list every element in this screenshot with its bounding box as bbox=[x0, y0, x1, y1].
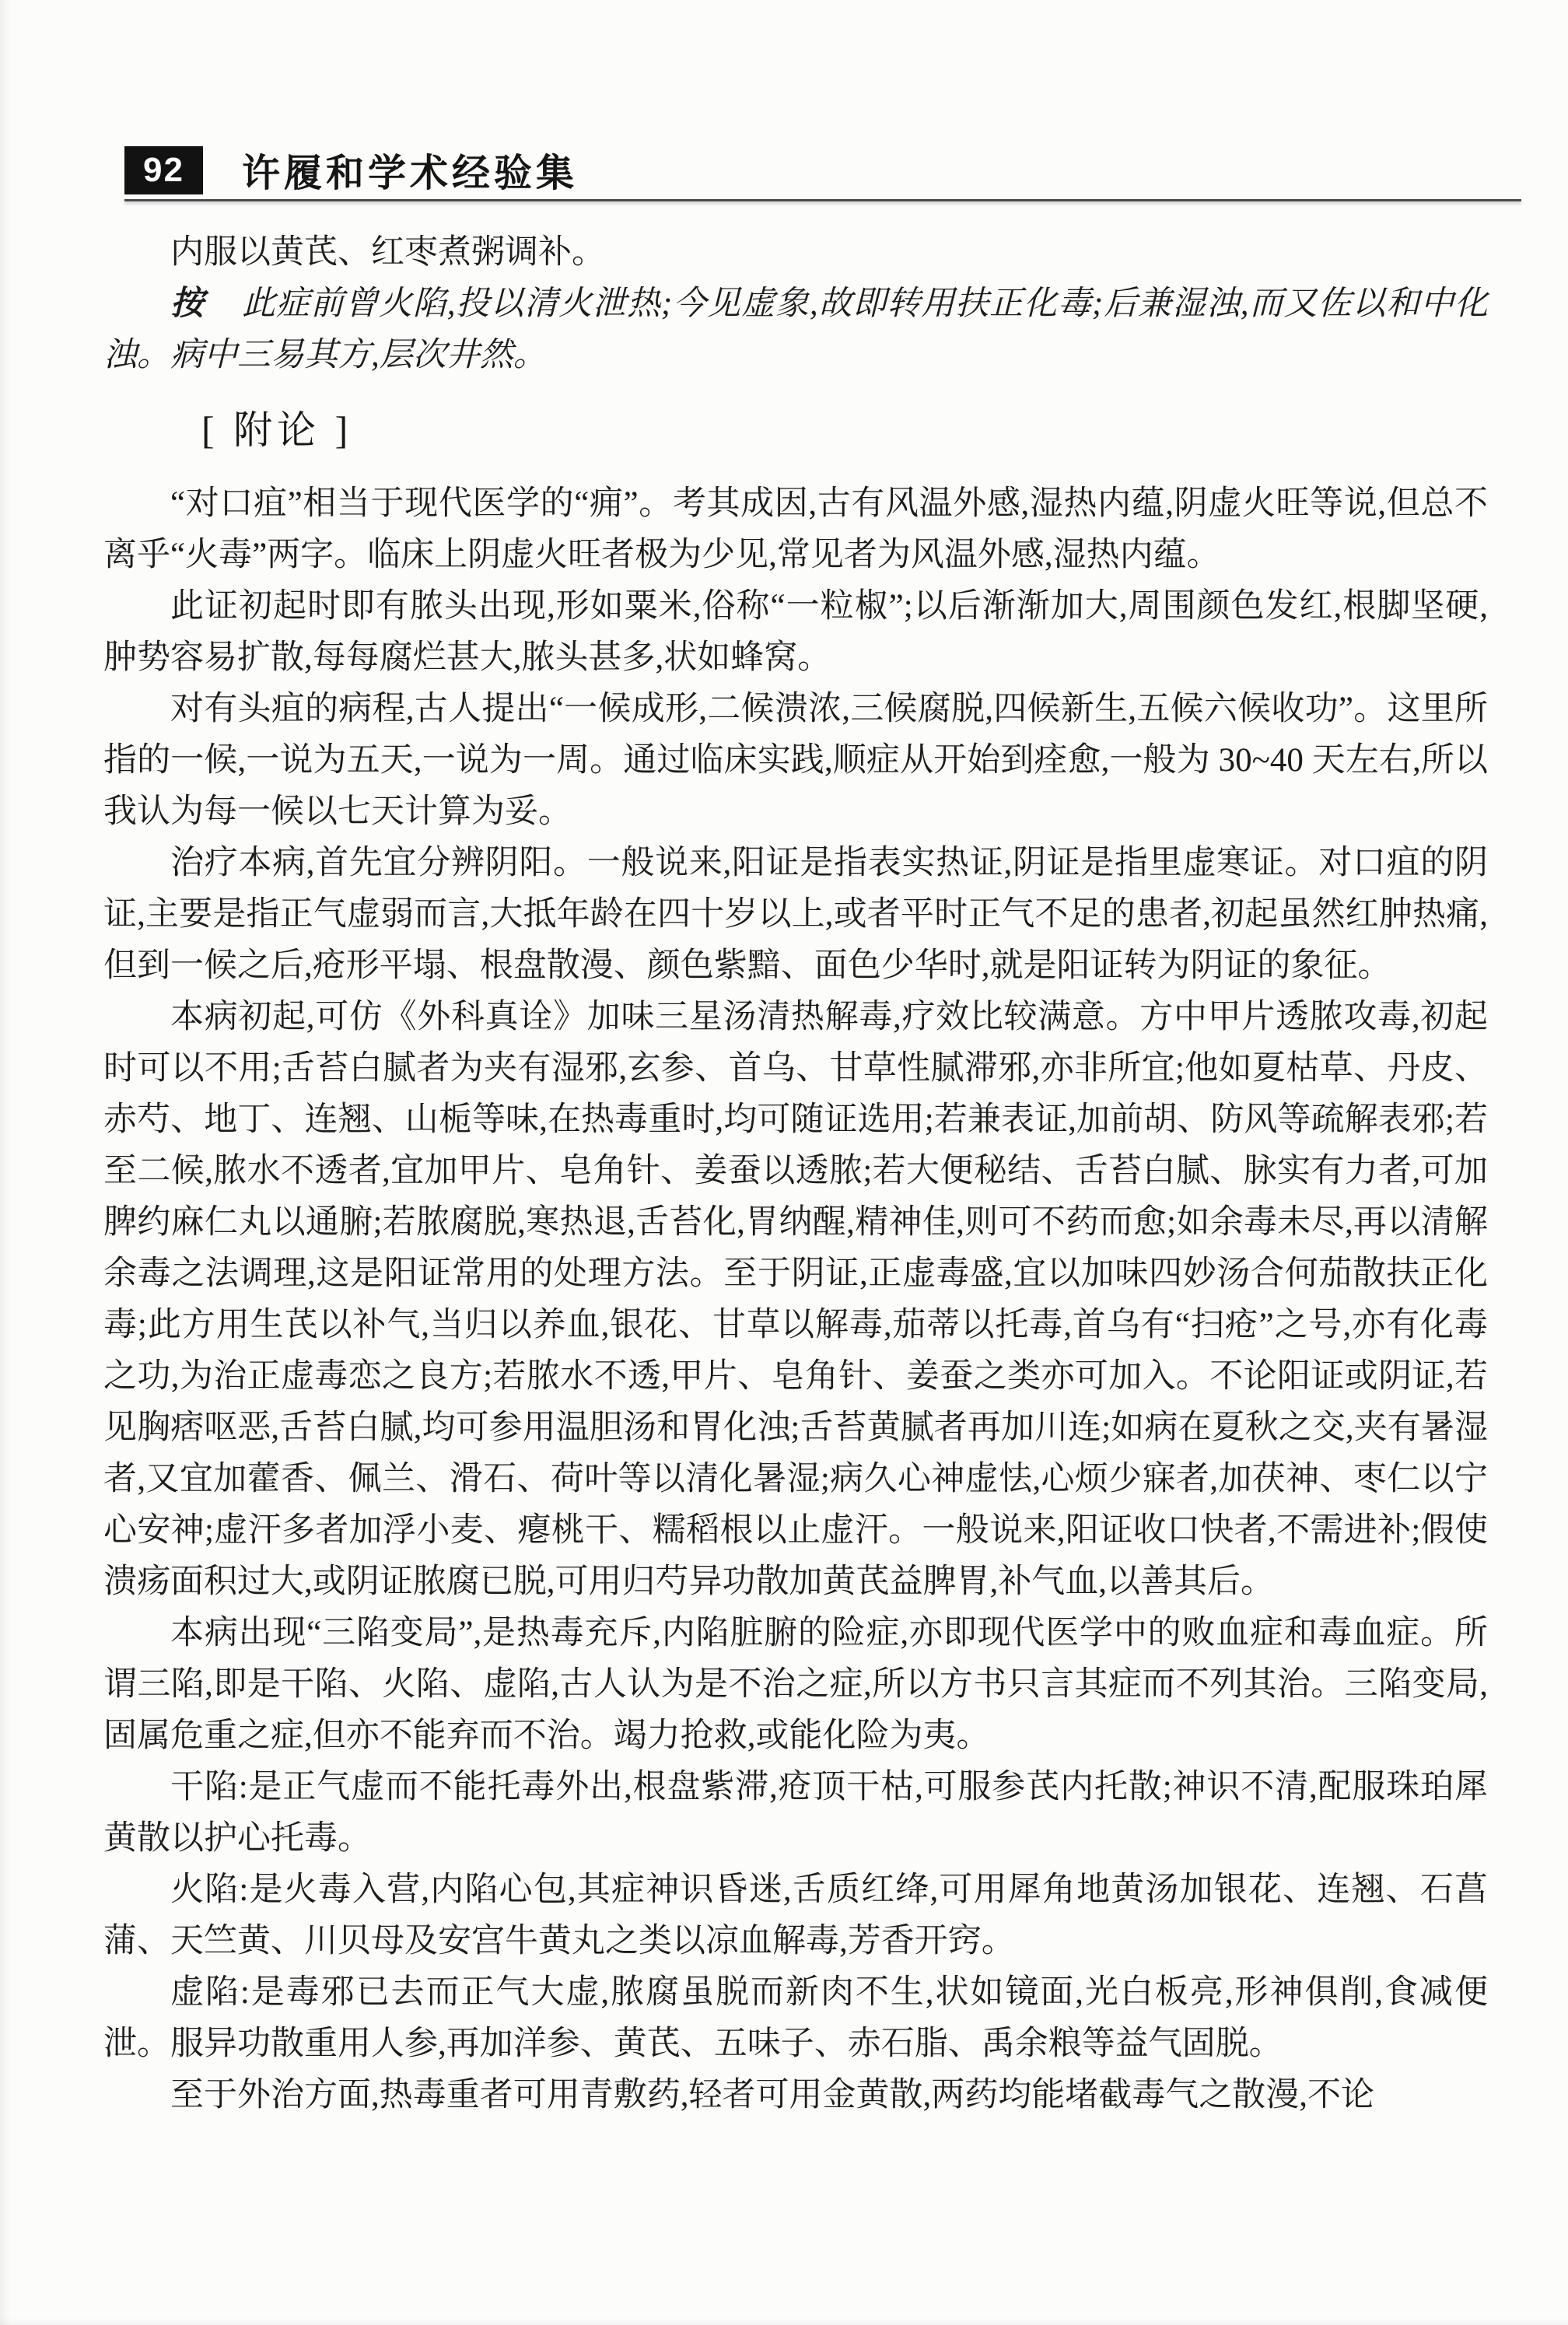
body-paragraph: 本病出现“三陷变局”,是热毒充斥,内陷脏腑的险症,亦即现代医学中的败血症和毒血症… bbox=[103, 1608, 1488, 1762]
section-heading: [ 附论 ] bbox=[103, 404, 1488, 457]
book-title: 许履和学术经验集 bbox=[242, 143, 578, 198]
page-body: 内服以黄芪、红枣煮粥调补。 按此症前曾火陷,投以清火泄热;今见虚象,故即转用扶正… bbox=[103, 227, 1488, 2121]
page-number-badge: 92 bbox=[124, 146, 203, 194]
body-paragraph: 此证初起时即有脓头出现,形如粟米,俗称“一粒椒”;以后渐渐加大,周围颜色发红,根… bbox=[103, 581, 1488, 684]
book-page: 92 许履和学术经验集 内服以黄芪、红枣煮粥调补。 按此症前曾火陷,投以清火泄热… bbox=[0, 0, 1568, 2325]
paragraph-list: “对口疽”相当于现代医学的“痈”。考其成因,古有风温外感,湿热内蕴,阴虚火旺等说… bbox=[103, 478, 1488, 2121]
body-paragraph: 治疗本病,首先宜分辨阴阳。一般说来,阳证是指表实热证,阴证是指里虚寒证。对口疽的… bbox=[103, 838, 1488, 992]
note-label: 按 bbox=[170, 285, 205, 322]
body-paragraph: 干陷:是正气虚而不能托毒外出,根盘紫滞,疮顶干枯,可服参芪内托散;神识不清,配服… bbox=[103, 1762, 1488, 1865]
running-header: 92 许履和学术经验集 bbox=[124, 143, 1521, 199]
body-paragraph: 虚陷:是毒邪已去而正气大虚,脓腐虽脱而新肉不生,状如镜面,光白板亮,形神俱削,食… bbox=[103, 1967, 1488, 2070]
body-paragraph: 对有头疽的病程,古人提出“一候成形,二候溃浓,三候腐脱,四候新生,五候六候收功”… bbox=[103, 684, 1488, 838]
body-paragraph: 本病初起,可仿《外科真诠》加味三星汤清热解毒,疗效比较满意。方中甲片透脓攻毒,初… bbox=[103, 992, 1488, 1608]
body-paragraph: “对口疽”相当于现代医学的“痈”。考其成因,古有风温外感,湿热内蕴,阴虚火旺等说… bbox=[103, 478, 1488, 581]
opening-paragraph: 内服以黄芪、红枣煮粥调补。 bbox=[103, 227, 1488, 278]
body-paragraph: 火陷:是火毒入营,内陷心包,其症神识昏迷,舌质红绛,可用犀角地黄汤加银花、连翘、… bbox=[103, 1865, 1488, 1967]
note-paragraph: 按此症前曾火陷,投以清火泄热;今见虚象,故即转用扶正化毒;后兼湿浊,而又佐以和中… bbox=[103, 278, 1488, 381]
note-text: 此症前曾火陷,投以清火泄热;今见虚象,故即转用扶正化毒;后兼湿浊,而又佐以和中化… bbox=[103, 285, 1488, 373]
header-divider bbox=[124, 199, 1521, 201]
body-paragraph: 至于外治方面,热毒重者可用青敷药,轻者可用金黄散,两药均能堵截毒气之散漫,不论 bbox=[103, 2070, 1488, 2121]
